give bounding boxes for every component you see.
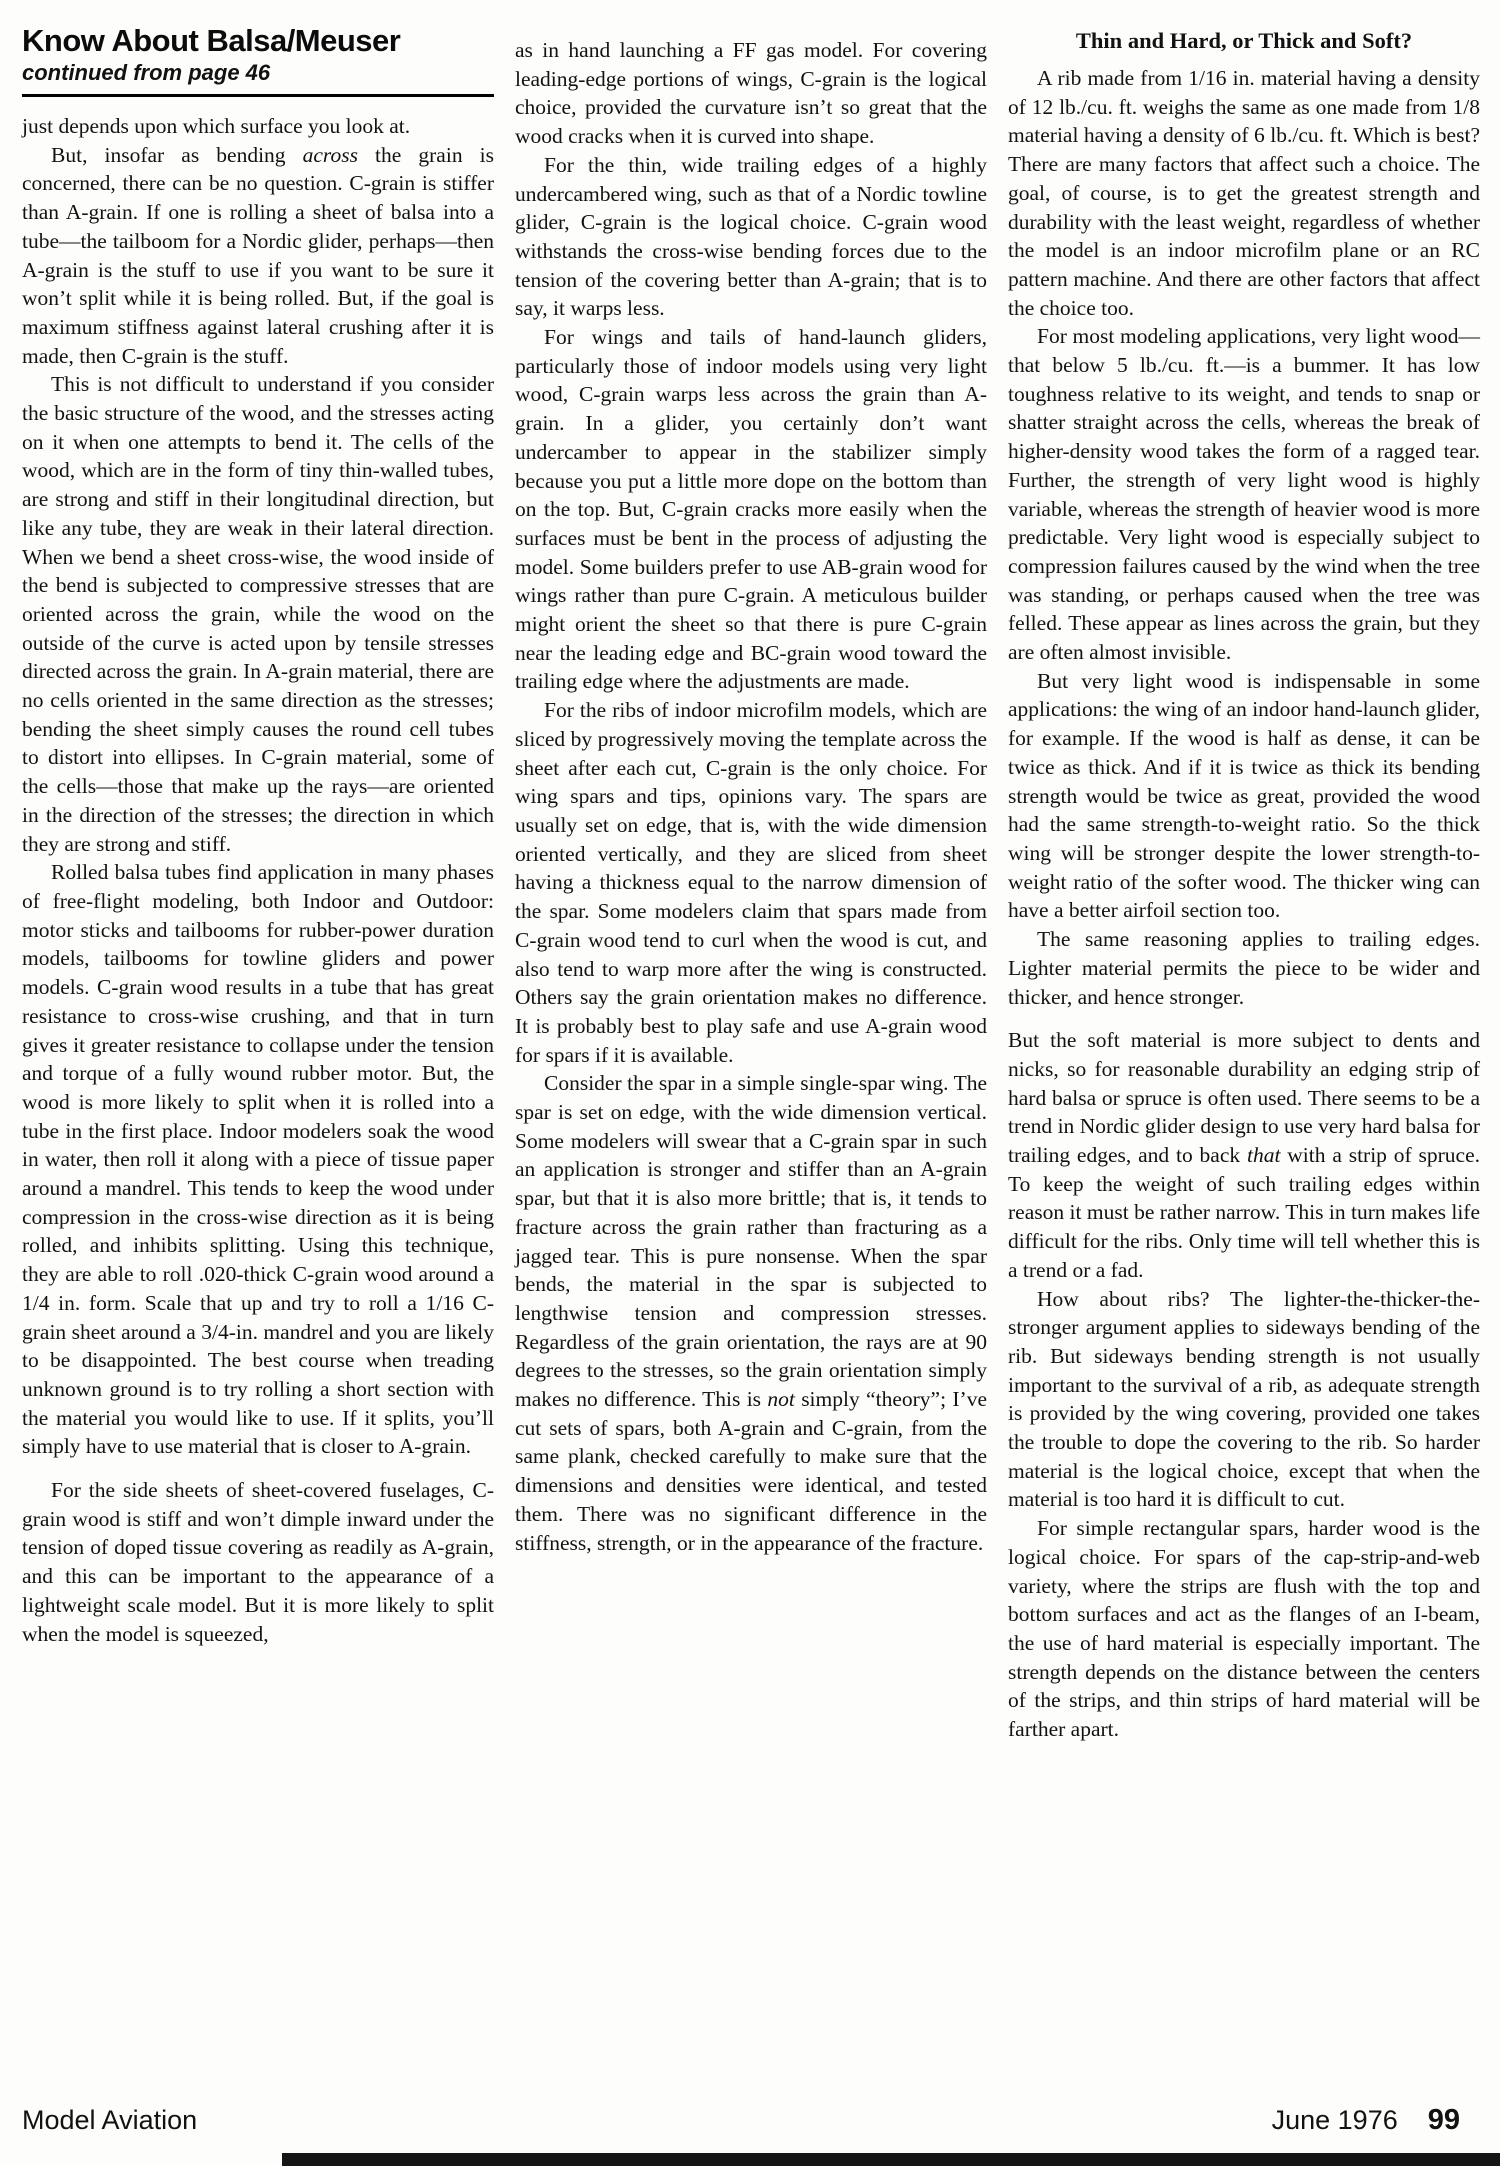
paragraph: For most modeling applications, very lig… [1008, 322, 1480, 666]
paragraph: just depends upon which surface you look… [22, 112, 494, 141]
magazine-name: Model Aviation [22, 2104, 197, 2136]
paragraph: Rolled balsa tubes find application in m… [22, 858, 494, 1461]
page-footer: Model Aviation June 197699 [22, 2104, 1460, 2136]
article-header: Know About Balsa/Meuser continued from p… [22, 24, 494, 97]
column-2: as in hand launching a FF gas model. For… [515, 24, 987, 1744]
paragraph: But very light wood is indispensable in … [1008, 667, 1480, 925]
article-body: Know About Balsa/Meuser continued from p… [22, 24, 1480, 1744]
paragraph: For simple rectangular spars, harder woo… [1008, 1514, 1480, 1744]
column-3: Thin and Hard, or Thick and Soft? A rib … [1008, 24, 1480, 1744]
column-2-text: as in hand launching a FF gas model. For… [515, 36, 987, 1557]
paragraph: For the ribs of indoor microfilm models,… [515, 696, 987, 1069]
section-heading: Thin and Hard, or Thick and Soft? [1008, 28, 1480, 54]
paragraph: This is not difficult to understand if y… [22, 370, 494, 858]
magazine-page: Know About Balsa/Meuser continued from p… [0, 0, 1500, 2166]
scan-edge-bar [282, 2153, 1500, 2166]
paragraph: A rib made from 1/16 in. material having… [1008, 64, 1480, 322]
issue-date: June 1976 [1272, 2105, 1398, 2135]
paragraph: For wings and tails of hand-launch glide… [515, 323, 987, 696]
header-rule [22, 94, 494, 97]
footer-right: June 197699 [1272, 2104, 1460, 2136]
paragraph: But the soft material is more subject to… [1008, 1026, 1480, 1284]
page-number: 99 [1428, 2104, 1460, 2136]
paragraph: How about ribs? The lighter-the-thicker-… [1008, 1285, 1480, 1515]
paragraph: For the side sheets of sheet-covered fus… [22, 1476, 494, 1648]
paragraph: as in hand launching a FF gas model. For… [515, 36, 987, 151]
column-1-text: just depends upon which surface you look… [22, 112, 494, 1648]
column-3-text: A rib made from 1/16 in. material having… [1008, 64, 1480, 1744]
column-1: Know About Balsa/Meuser continued from p… [22, 24, 494, 1744]
paragraph: But, insofar as bending across the grain… [22, 141, 494, 371]
paragraph: The same reasoning applies to trailing e… [1008, 925, 1480, 1011]
article-title: Know About Balsa/Meuser [22, 24, 494, 58]
continued-from-note: continued from page 46 [22, 60, 494, 85]
paragraph: For the thin, wide trailing edges of a h… [515, 151, 987, 323]
paragraph: Consider the spar in a simple single-spa… [515, 1069, 987, 1557]
